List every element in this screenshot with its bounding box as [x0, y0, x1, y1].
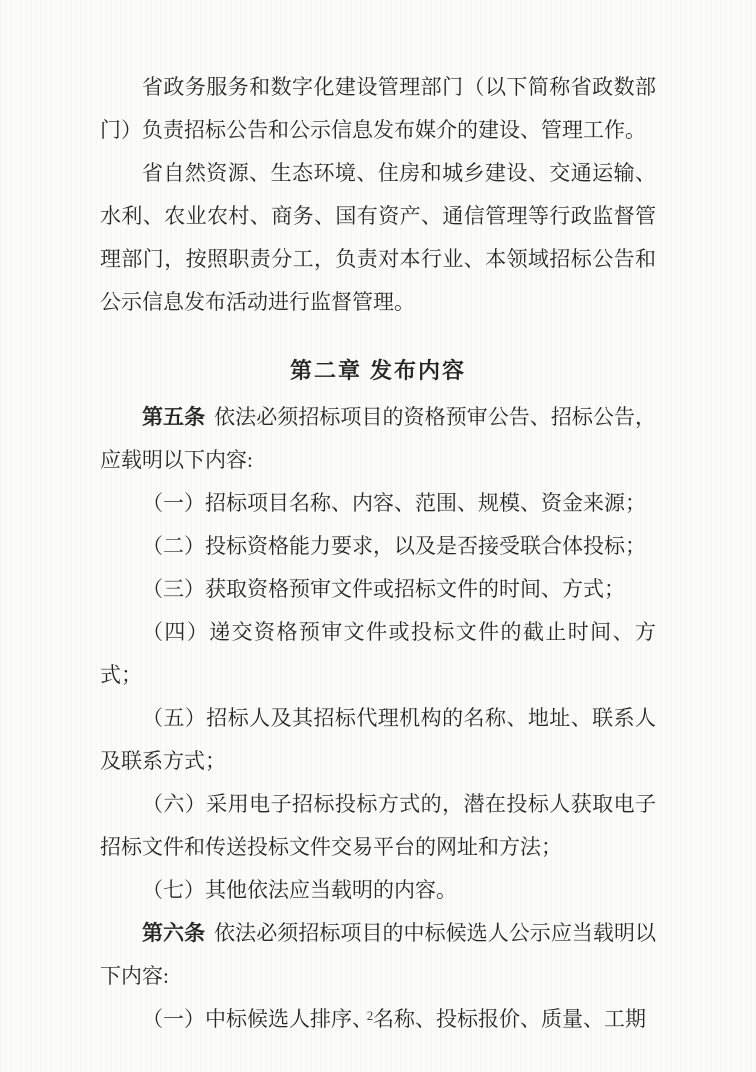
article-5-item-1: （一）招标项目名称、内容、范围、规模、资金来源； [100, 482, 656, 525]
page-number: 2 [0, 1008, 740, 1024]
document-body: 省政务服务和数字化建设管理部门（以下简称省政数部门）负责招标公告和公示信息发布媒… [100, 66, 656, 1041]
article-5-item-6: （六）采用电子招标投标方式的，潜在投标人获取电子招标文件和传送投标文件交易平台的… [100, 783, 656, 869]
paragraph-supervisory-departments: 省自然资源、生态环境、住房和城乡建设、交通运输、水利、农业农村、商务、国有资产、… [100, 152, 656, 324]
article-5-label: 第五条 [142, 406, 205, 429]
article-5-item-5: （五）招标人及其招标代理机构的名称、地址、联系人及联系方式； [100, 697, 656, 783]
chapter-heading: 第二章 发布内容 [100, 349, 656, 392]
article-5-item-2: （二）投标资格能力要求，以及是否接受联合体投标； [100, 525, 656, 568]
article-6: 第六条依法必须招标项目的中标候选人公示应当载明以下内容: [100, 912, 656, 998]
article-5-item-4: （四）递交资格预审文件或投标文件的截止时间、方式； [100, 611, 656, 697]
paragraph-provincial-digital-dept: 省政务服务和数字化建设管理部门（以下简称省政数部门）负责招标公告和公示信息发布媒… [100, 66, 656, 152]
article-6-label: 第六条 [142, 922, 205, 945]
article-5-item-7: （七）其他依法应当载明的内容。 [100, 869, 656, 912]
article-5-item-3: （三）获取资格预审文件或招标文件的时间、方式； [100, 568, 656, 611]
document-page: 省政务服务和数字化建设管理部门（以下简称省政数部门）负责招标公告和公示信息发布媒… [0, 0, 756, 1072]
article-5: 第五条依法必须招标项目的资格预审公告、招标公告，应载明以下内容: [100, 396, 656, 482]
